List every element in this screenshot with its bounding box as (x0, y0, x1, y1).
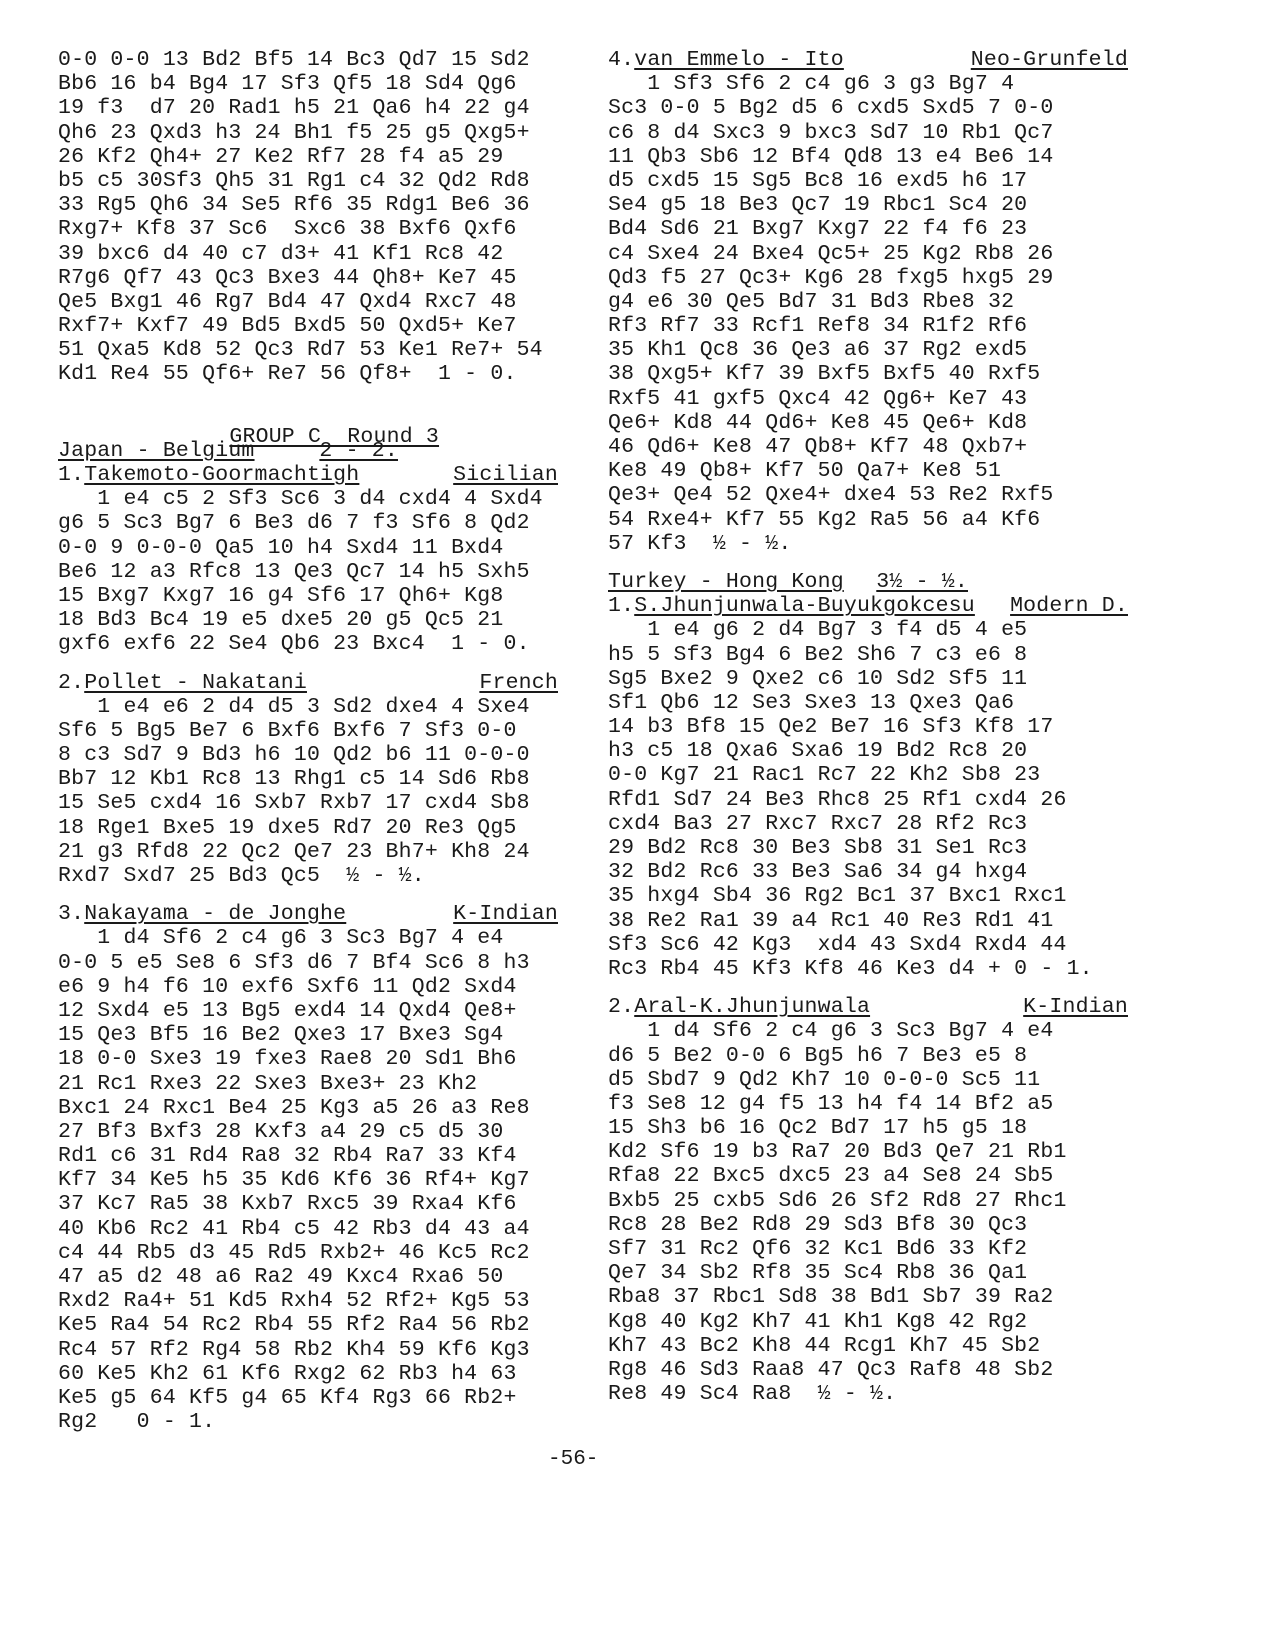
match-teams: Turkey - Hong Kong (608, 570, 844, 594)
game-block: 4.van Emmelo - ItoNeo-Grunfeld 1 Sf3 Sf6… (608, 48, 1128, 556)
move-line: Ke5 Ra4 54 Rc2 Rb4 55 Rf2 Ra4 56 Rb2 (58, 1313, 558, 1337)
move-line: gxf6 exf6 22 Se4 Qb6 23 Bxc4 1 - 0. (58, 632, 558, 656)
move-line: 39 bxc6 d4 40 c7 d3+ 41 Kf1 Rc8 42 (58, 242, 558, 266)
game-number: 1. (608, 594, 634, 618)
game-opening: French (479, 671, 558, 695)
move-line: 33 Rg5 Qh6 34 Se5 Rf6 35 Rdg1 Be6 36 (58, 193, 558, 217)
move-line: 12 Sxd4 e5 13 Bg5 exd4 14 Qxd4 Qe8+ (58, 999, 558, 1023)
move-line: Ke8 49 Qb8+ Kf7 50 Qa7+ Ke8 51 (608, 459, 1128, 483)
move-line: Sf7 31 Rc2 Qf6 32 Kc1 Bd6 33 Kf2 (608, 1237, 1128, 1261)
move-line: Rxf5 41 gxf5 Qxc4 42 Qg6+ Ke7 43 (608, 387, 1128, 411)
match-teams: Japan - Belgium (58, 439, 255, 463)
game-players: Takemoto-Goormachtigh (84, 463, 359, 487)
game-players: S.Jhunjunwala-Buyukgokcesu (634, 594, 975, 618)
move-line: 21 g3 Rfd8 22 Qc2 Qe7 23 Bh7+ Kh8 24 (58, 840, 558, 864)
move-line: 0-0 9 0-0-0 Qa5 10 h4 Sxd4 11 Bxd4 (58, 536, 558, 560)
game-block: 1.Takemoto-GoormachtighSicilian 1 e4 c5 … (58, 463, 558, 657)
match-result: 3½ - ½. (876, 570, 968, 594)
left-games: 1.Takemoto-GoormachtighSicilian 1 e4 c5 … (58, 463, 558, 1434)
move-line: Ke5 g5 64 Kf5 g4 65 Kf4 Rg3 66 Rb2+ (58, 1386, 558, 1410)
move-line: Kd1 Re4 55 Qf6+ Re7 56 Qf8+ 1 - 0. (58, 362, 558, 386)
game-number: 4. (608, 48, 634, 72)
move-line: Qe5 Bxg1 46 Rg7 Bd4 47 Qxd4 Rxc7 48 (58, 290, 558, 314)
move-line: 54 Rxe4+ Kf7 55 Kg2 Ra5 56 a4 Kf6 (608, 508, 1128, 532)
game-block: 1.S.Jhunjunwala-BuyukgokcesuModern D. 1 … (608, 594, 1128, 981)
game-header: 2.Aral-K.JhunjunwalaK-Indian (608, 995, 1128, 1019)
left-column: 0-0 0-0 13 Bd2 Bf5 14 Bc3 Qd7 15 Sd2Bb6 … (58, 48, 558, 1434)
move-line: 18 Rge1 Bxe5 19 dxe5 Rd7 20 Re3 Qg5 (58, 816, 558, 840)
move-line: Qe7 34 Sb2 Rf8 35 Sc4 Rb8 36 Qa1 (608, 1261, 1128, 1285)
move-line: 35 Kh1 Qc8 36 Qe3 a6 37 Rg2 exd5 (608, 338, 1128, 362)
move-line: 15 Sh3 b6 16 Qc2 Bd7 17 h5 g5 18 (608, 1116, 1128, 1140)
move-line: Bb7 12 Kb1 Rc8 13 Rhg1 c5 14 Sd6 Rb8 (58, 767, 558, 791)
game-block: 2.Pollet - NakataniFrench 1 e4 e6 2 d4 d… (58, 671, 558, 889)
move-line: Re8 49 Sc4 Ra8 ½ - ½. (608, 1382, 1128, 1406)
section-title: GROUP C Round 3 (58, 401, 558, 425)
game-header: 1.S.Jhunjunwala-BuyukgokcesuModern D. (608, 594, 1128, 618)
move-line: Kg8 40 Kg2 Kh7 41 Kh1 Kg8 42 Rg2 (608, 1310, 1128, 1334)
move-line: g6 5 Sc3 Bg7 6 Be3 d6 7 f3 Sf6 8 Qd2 (58, 511, 558, 535)
move-line: 8 c3 Sd7 9 Bd3 h6 10 Qd2 b6 11 0-0-0 (58, 743, 558, 767)
move-line: 14 b3 Bf8 15 Qe2 Be7 16 Sf3 Kf8 17 (608, 715, 1128, 739)
game-players: Nakayama - de Jonghe (84, 902, 346, 926)
move-line: Sg5 Bxe2 9 Qxe2 c6 10 Sd2 Sf5 11 (608, 667, 1128, 691)
move-line: Kf7 34 Ke5 h5 35 Kd6 Kf6 36 Rf4+ Kg7 (58, 1168, 558, 1192)
game-opening: Modern D. (1010, 594, 1128, 618)
move-line: c4 Sxe4 24 Bxe4 Qc5+ 25 Kg2 Rb8 26 (608, 242, 1128, 266)
move-line: 51 Qxa5 Kd8 52 Qc3 Rd7 53 Ke1 Re7+ 54 (58, 338, 558, 362)
move-line: Kh7 43 Bc2 Kh8 44 Rcg1 Kh7 45 Sb2 (608, 1334, 1128, 1358)
move-line: Rf3 Rf7 33 Rcf1 Ref8 34 R1f2 Rf6 (608, 314, 1128, 338)
move-line: h5 5 Sf3 Bg4 6 Be2 Sh6 7 c3 e6 8 (608, 643, 1128, 667)
move-line: 57 Kf3 ½ - ½. (608, 532, 1128, 556)
move-line: Rfd1 Sd7 24 Be3 Rhc8 25 Rf1 cxd4 26 (608, 788, 1128, 812)
move-line: d5 cxd5 15 Sg5 Bc8 16 exd5 h6 17 (608, 169, 1128, 193)
move-line: 11 Qb3 Sb6 12 Bf4 Qd8 13 e4 Be6 14 (608, 145, 1128, 169)
game-number: 1. (58, 463, 84, 487)
move-line: 1 e4 e6 2 d4 d5 3 Sd2 dxe4 4 Sxe4 (58, 695, 558, 719)
move-line: 0-0 0-0 13 Bd2 Bf5 14 Bc3 Qd7 15 Sd2 (58, 48, 558, 72)
move-line: Qh6 23 Qxd3 h3 24 Bh1 f5 25 g5 Qxg5+ (58, 121, 558, 145)
move-line: Bxc1 24 Rxc1 Be4 25 Kg3 a5 26 a3 Re8 (58, 1096, 558, 1120)
move-line: cxd4 Ba3 27 Rxc7 Rxc7 28 Rf2 Rc3 (608, 812, 1128, 836)
move-line: Rg2 0 - 1. (58, 1410, 558, 1434)
match-header-turkey-hongkong: Turkey - Hong Kong 3½ - ½. (608, 570, 1128, 594)
move-line: f3 Se8 12 g4 f5 13 h4 f4 14 Bf2 a5 (608, 1092, 1128, 1116)
move-line: b5 c5 30Sf3 Qh5 31 Rg1 c4 32 Qd2 Rd8 (58, 169, 558, 193)
move-line: 37 Kc7 Ra5 38 Kxb7 Rxc5 39 Rxa4 Kf6 (58, 1192, 558, 1216)
move-line: Rxd7 Sxd7 25 Bd3 Qc5 ½ - ½. (58, 864, 558, 888)
move-line: Kd2 Sf6 19 b3 Ra7 20 Bd3 Qe7 21 Rb1 (608, 1140, 1128, 1164)
game-opening: Sicilian (453, 463, 558, 487)
move-line: 29 Bd2 Rc8 30 Be3 Sb8 31 Se1 Rc3 (608, 836, 1128, 860)
move-line: Qd3 f5 27 Qc3+ Kg6 28 fxg5 hxg5 29 (608, 266, 1128, 290)
move-line: 38 Re2 Ra1 39 a4 Rc1 40 Re3 Rd1 41 (608, 909, 1128, 933)
game-number: 3. (58, 902, 84, 926)
move-line: 27 Bf3 Bxf3 28 Kxf3 a4 29 c5 d5 30 (58, 1120, 558, 1144)
move-line: Rd1 c6 31 Rd4 Ra8 32 Rb4 Ra7 33 Kf4 (58, 1144, 558, 1168)
move-line: 40 Kb6 Rc2 41 Rb4 c5 42 Rb3 d4 43 a4 (58, 1217, 558, 1241)
game-number: 2. (58, 671, 84, 695)
move-line: 15 Bxg7 Kxg7 16 g4 Sf6 17 Qh6+ Kg8 (58, 584, 558, 608)
game-opening: Neo-Grunfeld (971, 48, 1128, 72)
game-opening: K-Indian (453, 902, 558, 926)
move-line: 32 Bd2 Rc6 33 Be3 Sa6 34 g4 hxg4 (608, 860, 1128, 884)
move-line: R7g6 Qf7 43 Qc3 Bxe3 44 Qh8+ Ke7 45 (58, 266, 558, 290)
move-line: Sf1 Qb6 12 Se3 Sxe3 13 Qxe3 Qa6 (608, 691, 1128, 715)
continuation-moves: 0-0 0-0 13 Bd2 Bf5 14 Bc3 Qd7 15 Sd2Bb6 … (58, 48, 558, 387)
move-line: d5 Sbd7 9 Qd2 Kh7 10 0-0-0 Sc5 11 (608, 1068, 1128, 1092)
move-line: 46 Qd6+ Ke8 47 Qb8+ Kf7 48 Qxb7+ (608, 435, 1128, 459)
move-line: 38 Qxg5+ Kf7 39 Bxf5 Bxf5 40 Rxf5 (608, 362, 1128, 386)
move-line: Sf3 Sc6 42 Kg3 xd4 43 Sxd4 Rxd4 44 (608, 933, 1128, 957)
move-line: e6 9 h4 f6 10 exf6 Sxf6 11 Qd2 Sxd4 (58, 975, 558, 999)
move-line: 18 Bd3 Bc4 19 e5 dxe5 20 g5 Qc5 21 (58, 608, 558, 632)
game-players: van Emmelo - Ito (634, 48, 844, 72)
game-opening: K-Indian (1023, 995, 1128, 1019)
move-line: Bxb5 25 cxb5 Sd6 26 Sf2 Rd8 27 Rhc1 (608, 1189, 1128, 1213)
move-line: g4 e6 30 Qe5 Bd7 31 Bd3 Rbe8 32 (608, 290, 1128, 314)
move-line: 0-0 Kg7 21 Rac1 Rc7 22 Kh2 Sb8 23 (608, 763, 1128, 787)
move-line: Sf6 5 Bg5 Be7 6 Bxf6 Bxf6 7 Sf3 0-0 (58, 719, 558, 743)
move-line: 1 d4 Sf6 2 c4 g6 3 Sc3 Bg7 4 e4 (58, 926, 558, 950)
move-line: Se4 g5 18 Be3 Qc7 19 Rbc1 Sc4 20 (608, 193, 1128, 217)
right-games: 1.S.Jhunjunwala-BuyukgokcesuModern D. 1 … (608, 594, 1128, 1406)
game-header: 4.van Emmelo - ItoNeo-Grunfeld (608, 48, 1128, 72)
move-line: 19 f3 d7 20 Rad1 h5 21 Qa6 h4 22 g4 (58, 96, 558, 120)
game-players: Pollet - Nakatani (84, 671, 307, 695)
move-line: Rba8 37 Rbc1 Sd8 38 Bd1 Sb7 39 Ra2 (608, 1285, 1128, 1309)
move-line: 60 Ke5 Kh2 61 Kf6 Rxg2 62 Rb3 h4 63 (58, 1362, 558, 1386)
move-line: Qe3+ Qe4 52 Qxe4+ dxe4 53 Re2 Rxf5 (608, 483, 1128, 507)
move-line: Rfa8 22 Bxc5 dxc5 23 a4 Se8 24 Sb5 (608, 1164, 1128, 1188)
move-line: Rc4 57 Rf2 Rg4 58 Rb2 Kh4 59 Kf6 Kg3 (58, 1338, 558, 1362)
game-number: 2. (608, 995, 634, 1019)
move-line: Rc8 28 Be2 Rd8 29 Sd3 Bf8 30 Qc3 (608, 1213, 1128, 1237)
move-line: 18 0-0 Sxe3 19 fxe3 Rae8 20 Sd1 Bh6 (58, 1047, 558, 1071)
match-result: 2 - 2. (319, 439, 398, 463)
move-line: 1 e4 g6 2 d4 Bg7 3 f4 d5 4 e5 (608, 618, 1128, 642)
game-header: 2.Pollet - NakataniFrench (58, 671, 558, 695)
move-line: 15 Se5 cxd4 16 Sxb7 Rxb7 17 cxd4 Sb8 (58, 791, 558, 815)
game-block: 2.Aral-K.JhunjunwalaK-Indian 1 d4 Sf6 2 … (608, 995, 1128, 1406)
move-line: 21 Rc1 Rxe3 22 Sxe3 Bxe3+ 23 Kh2 (58, 1072, 558, 1096)
game-header: 1.Takemoto-GoormachtighSicilian (58, 463, 558, 487)
move-line: 15 Qe3 Bf5 16 Be2 Qxe3 17 Bxe3 Sg4 (58, 1023, 558, 1047)
right-games-before: 4.van Emmelo - ItoNeo-Grunfeld 1 Sf3 Sf6… (608, 48, 1128, 556)
move-line: 1 e4 c5 2 Sf3 Sc6 3 d4 cxd4 4 Sxd4 (58, 487, 558, 511)
move-line: 26 Kf2 Qh4+ 27 Ke2 Rf7 28 f4 a5 29 (58, 145, 558, 169)
move-line: c4 44 Rb5 d3 45 Rd5 Rxb2+ 46 Kc5 Rc2 (58, 1241, 558, 1265)
move-line: d6 5 Be2 0-0 6 Bg5 h6 7 Be3 e5 8 (608, 1044, 1128, 1068)
move-line: Be6 12 a3 Rfc8 13 Qe3 Qc7 14 h5 Sxh5 (58, 560, 558, 584)
game-block: 3.Nakayama - de JongheK-Indian 1 d4 Sf6 … (58, 902, 558, 1434)
move-line: Bb6 16 b4 Bg4 17 Sf3 Qf5 18 Sd4 Qg6 (58, 72, 558, 96)
move-line: Rxf7+ Kxf7 49 Bd5 Bxd5 50 Qxd5+ Ke7 (58, 314, 558, 338)
move-line: Sc3 0-0 5 Bg2 d5 6 cxd5 Sxd5 7 0-0 (608, 96, 1128, 120)
move-line: h3 c5 18 Qxa6 Sxa6 19 Bd2 Rc8 20 (608, 739, 1128, 763)
move-line: Bd4 Sd6 21 Bxg7 Kxg7 22 f4 f6 23 (608, 217, 1128, 241)
move-line: Rg8 46 Sd3 Raa8 47 Qc3 Raf8 48 Sb2 (608, 1358, 1128, 1382)
move-line: 1 d4 Sf6 2 c4 g6 3 Sc3 Bg7 4 e4 (608, 1019, 1128, 1043)
right-column: 4.van Emmelo - ItoNeo-Grunfeld 1 Sf3 Sf6… (608, 48, 1128, 1406)
move-line: Rxd2 Ra4+ 51 Kd5 Rxh4 52 Rf2+ Kg5 53 (58, 1289, 558, 1313)
move-line: 0-0 5 e5 Se8 6 Sf3 d6 7 Bf4 Sc6 8 h3 (58, 951, 558, 975)
move-line: 1 Sf3 Sf6 2 c4 g6 3 g3 Bg7 4 (608, 72, 1128, 96)
move-line: c6 8 d4 Sxc3 9 bxc3 Sd7 10 Rb1 Qc7 (608, 121, 1128, 145)
move-line: 35 hxg4 Sb4 36 Rg2 Bc1 37 Bxc1 Rxc1 (608, 884, 1128, 908)
move-line: Qe6+ Kd8 44 Qd6+ Ke8 45 Qe6+ Kd8 (608, 411, 1128, 435)
move-line: 47 a5 d2 48 a6 Ra2 49 Kxc4 Rxa6 50 (58, 1265, 558, 1289)
page-number: -56- (548, 1448, 598, 1471)
game-header: 3.Nakayama - de JongheK-Indian (58, 902, 558, 926)
move-line: Rxg7+ Kf8 37 Sc6 Sxc6 38 Bxf6 Qxf6 (58, 217, 558, 241)
game-players: Aral-K.Jhunjunwala (634, 995, 870, 1019)
move-line: Rc3 Rb4 45 Kf3 Kf8 46 Ke3 d4 + 0 - 1. (608, 957, 1128, 981)
